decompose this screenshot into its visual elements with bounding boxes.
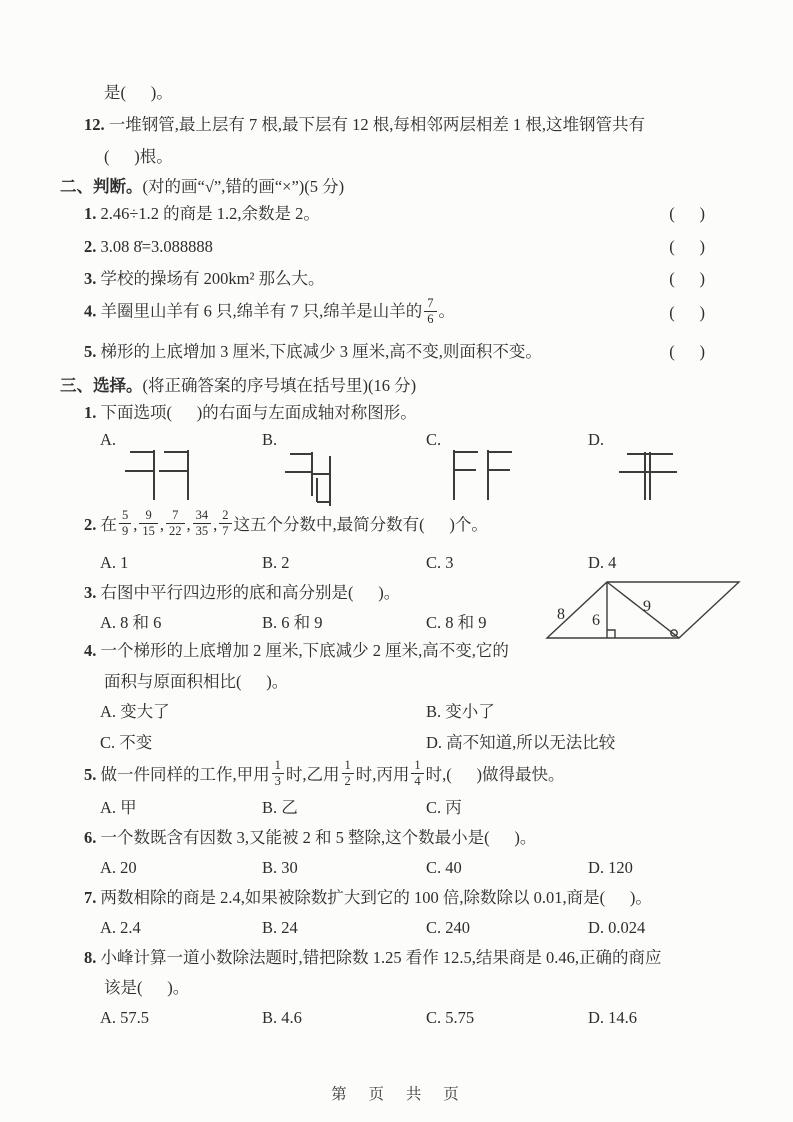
parallelogram-svg: 8 6 9	[543, 576, 743, 644]
option-d: D. 高不知道,所以无法比较	[426, 733, 740, 753]
option-a: A. 8 和 6	[100, 613, 262, 633]
choice-q6-options: A. 20 B. 30 C. 40 D. 120	[100, 858, 740, 878]
judge-item-1: 1. 2.46÷1.2 的商是 1.2,余数是 2。 ( )	[84, 204, 705, 224]
choice-q6-text: 6. 一个数既含有因数 3,又能被 2 和 5 整除,这个数最小是( )。	[84, 828, 536, 848]
option-a: A. 变大了	[100, 702, 426, 722]
option-b-figure	[283, 442, 349, 508]
inline-fraction: 915	[139, 508, 158, 538]
option-d: D. 0.024	[588, 918, 740, 938]
question-12-line2: ( )根。	[104, 147, 173, 167]
option-b: B. 6 和 9	[262, 613, 426, 633]
option-b: B. 4.6	[262, 1008, 426, 1028]
option-b: B. 2	[262, 553, 426, 573]
choice-q2-options: A. 1 B. 2 C. 3 D. 4	[100, 553, 740, 573]
option-c: C. 5.75	[426, 1008, 588, 1028]
option-d: D. 120	[588, 858, 740, 878]
judge-section-heading: 二、判断。(对的画“√”,错的画“×”)(5 分)	[60, 177, 344, 197]
exam-page: 是( )。 12. 一堆钢管,最上层有 7 根,最下层有 12 根,每相邻两层相…	[0, 0, 793, 1122]
option-a: A. 2.4	[100, 918, 262, 938]
answer-bracket: ( )	[669, 269, 705, 289]
judge-item-text: 2. 3.08 8̇=3.088888	[84, 237, 213, 257]
parallelogram-figure: 8 6 9	[543, 576, 743, 644]
choice-q7-text: 7. 两数相除的商是 2.4,如果被除数扩大到它的 100 倍,除数除以 0.0…	[84, 888, 652, 908]
option-b: B. 24	[262, 918, 426, 938]
option-c: C. 240	[426, 918, 588, 938]
option-d: D. 14.6	[588, 1008, 740, 1028]
parallelogram-side-label: 8	[557, 606, 565, 623]
inline-fraction: 722	[166, 508, 185, 538]
choice-q4-options-row2: C. 不变 D. 高不知道,所以无法比较	[100, 733, 740, 753]
option-c: C. 40	[426, 858, 588, 878]
choice-q1-option-a: A.	[100, 430, 192, 504]
judge-item-4: 4. 羊圈里山羊有 6 只,绵羊有 7 只,绵羊是山羊的76。 ( )	[84, 294, 705, 332]
choice-q5-options: A. 甲 B. 乙 C. 丙	[100, 798, 740, 818]
choice-q3-text: 3. 右图中平行四边形的底和高分别是( )。	[84, 583, 400, 603]
option-c: C. 3	[426, 553, 588, 573]
parallelogram-diagonal-label: 9	[643, 598, 651, 615]
option-a: A. 1	[100, 553, 262, 573]
option-b: B. 30	[262, 858, 426, 878]
judge-item-text: 3. 学校的操场有 200km² 那么大。	[84, 269, 325, 289]
option-d-figure	[610, 442, 680, 504]
option-label: D.	[588, 430, 604, 450]
option-label: B.	[262, 430, 277, 450]
choice-q4-line2: 面积与原面积相比( )。	[104, 672, 288, 692]
option-c: C. 丙	[426, 798, 588, 818]
question-12-line1: 12. 一堆钢管,最上层有 7 根,最下层有 12 根,每相邻两层相差 1 根,…	[84, 115, 645, 135]
choice-q4-line1: 4. 一个梯形的上底增加 2 厘米,下底减少 2 厘米,高不变,它的	[84, 641, 509, 661]
judge-item-text: 4. 羊圈里山羊有 6 只,绵羊有 7 只,绵羊是山羊的76。	[84, 298, 455, 328]
inline-fraction: 76	[424, 296, 436, 326]
option-d: D. 4	[588, 553, 740, 573]
fill-answer-line: 是( )。	[104, 83, 173, 103]
inline-fraction: 12	[342, 758, 354, 788]
inline-fraction: 14	[411, 758, 423, 788]
choice-q1-text: 1. 下面选项( )的右面与左面成轴对称图形。	[84, 403, 417, 423]
choice-q1-option-b: B.	[262, 430, 349, 508]
parallelogram-height-label: 6	[592, 612, 600, 629]
option-a: A. 20	[100, 858, 262, 878]
answer-bracket: ( )	[669, 342, 705, 362]
inline-fraction: 13	[272, 758, 284, 788]
judge-item-5: 5. 梯形的上底增加 3 厘米,下底减少 3 厘米,高不变,则面积不变。 ( )	[84, 342, 705, 362]
judge-item-text: 5. 梯形的上底增加 3 厘米,下底减少 3 厘米,高不变,则面积不变。	[84, 342, 542, 362]
answer-bracket: ( )	[669, 303, 705, 323]
answer-bracket: ( )	[669, 204, 705, 224]
inline-fraction: 27	[219, 508, 231, 538]
judge-item-text: 1. 2.46÷1.2 的商是 1.2,余数是 2。	[84, 204, 320, 224]
choice-q1-option-c: C.	[426, 430, 517, 504]
option-c: C. 不变	[100, 733, 426, 753]
choice-q4-options-row1: A. 变大了 B. 变小了	[100, 702, 740, 722]
option-a-figure	[122, 442, 192, 504]
choice-q7-options: A. 2.4 B. 24 C. 240 D. 0.024	[100, 918, 740, 938]
option-a: A. 甲	[100, 798, 262, 818]
choice-q8-options: A. 57.5 B. 4.6 C. 5.75 D. 14.6	[100, 1008, 740, 1028]
choice-section-heading: 三、选择。(将正确答案的序号填在括号里)(16 分)	[60, 376, 416, 396]
judge-item-3: 3. 学校的操场有 200km² 那么大。 ( )	[84, 269, 705, 289]
choice-q2-text: 2. 在59,915,722,3435,27这五个分数中,最简分数有( )个。	[84, 505, 488, 545]
option-label: A.	[100, 430, 116, 450]
choice-q8-line1: 8. 小峰计算一道小数除法题时,错把除数 1.25 看作 12.5,结果商是 0…	[84, 948, 662, 968]
choice-q1-option-d: D.	[588, 430, 680, 504]
option-b: B. 乙	[262, 798, 426, 818]
option-a: A. 57.5	[100, 1008, 262, 1028]
page-footer: 第 页 共 页	[0, 1082, 793, 1104]
option-label: C.	[426, 430, 441, 450]
judge-item-2: 2. 3.08 8̇=3.088888 ( )	[84, 237, 705, 257]
option-b: B. 变小了	[426, 702, 740, 722]
choice-q8-line2: 该是( )。	[104, 978, 189, 998]
choice-q5-text: 5. 做一件同样的工作,甲用13时,乙用12时,丙用14时,( )做得最快。	[84, 755, 565, 795]
option-c-figure	[447, 442, 517, 504]
answer-bracket: ( )	[669, 237, 705, 257]
inline-fraction: 59	[119, 508, 131, 538]
inline-fraction: 3435	[193, 508, 212, 538]
